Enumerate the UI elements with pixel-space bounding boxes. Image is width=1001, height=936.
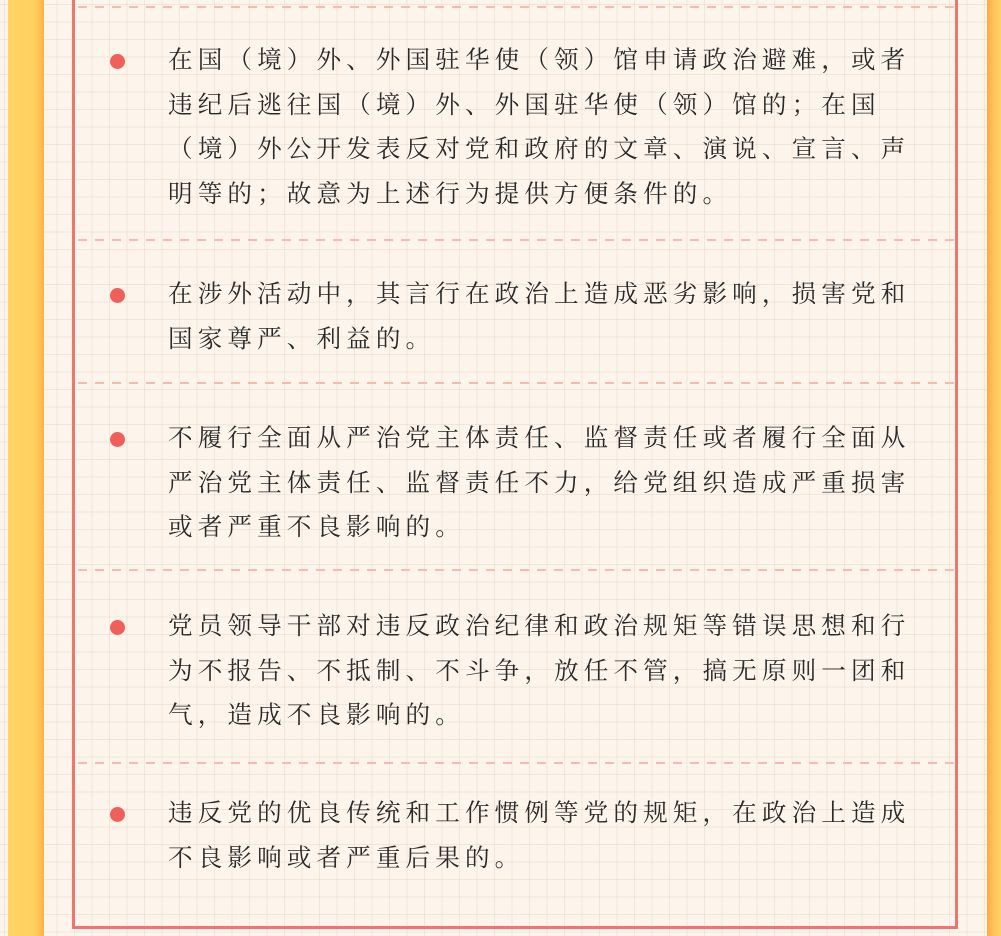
bullet-dot-icon xyxy=(110,54,125,69)
dashed-divider xyxy=(78,762,954,764)
list-item-text: 在国（境）外、外国驻华使（领）馆申请政治避难，或者违纪后逃往国（境）外、外国驻华… xyxy=(168,38,938,216)
list-item-text: 不履行全面从严治党主体责任、监督责任或者履行全面从严治党主体责任、监督责任不力，… xyxy=(168,416,938,550)
bullet-dot-icon xyxy=(110,432,125,447)
list-item-text: 党员领导干部对违反政治纪律和政治规矩等错误思想和行为不报告、不抵制、不斗争，放任… xyxy=(168,604,938,738)
dashed-divider xyxy=(78,382,954,384)
right-decorative-strip xyxy=(987,0,1001,936)
dashed-divider xyxy=(78,239,954,241)
dashed-divider xyxy=(78,569,954,571)
bullet-dot-icon xyxy=(110,620,125,635)
bullet-dot-icon xyxy=(110,807,125,822)
left-decorative-strip xyxy=(8,0,44,936)
dashed-divider xyxy=(78,6,954,8)
list-item-text: 违反党的优良传统和工作惯例等党的规矩，在政治上造成不良影响或者严重后果的。 xyxy=(168,791,938,880)
bullet-dot-icon xyxy=(110,288,125,303)
list-item-text: 在涉外活动中，其言行在政治上造成恶劣影响，损害党和国家尊严、利益的。 xyxy=(168,272,938,361)
